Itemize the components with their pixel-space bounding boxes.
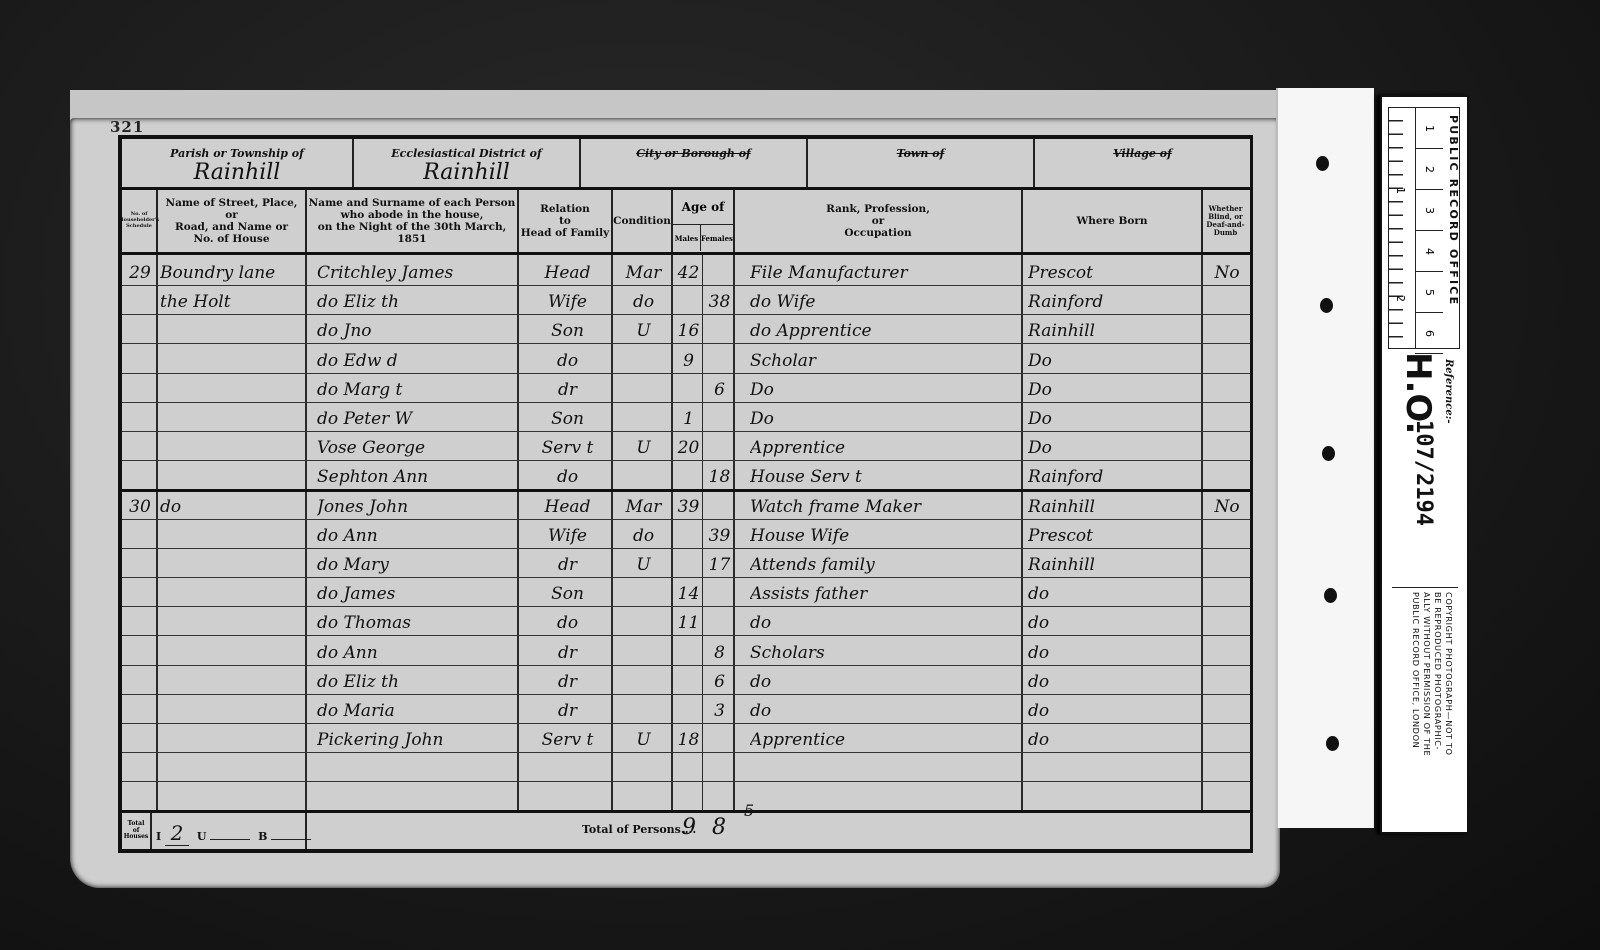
cell-occupation: do <box>750 664 1020 694</box>
cell-name: Vose George <box>317 430 517 460</box>
table-row: do MarydrU17Attends familyRainhill <box>122 547 1250 578</box>
cell-schedule <box>124 401 156 431</box>
ruler-cm-label: 5 <box>1423 289 1436 296</box>
cell-blind <box>1206 430 1248 460</box>
cell-condition <box>616 372 671 402</box>
cell-schedule <box>124 635 156 665</box>
cell-female <box>706 255 733 285</box>
cell-male: 39 <box>675 489 702 519</box>
column-headers: No. of Householder's Schedule Name of St… <box>122 190 1250 255</box>
cell-condition <box>616 781 671 811</box>
building-label: B <box>258 830 267 843</box>
location-header: Parish or Township of Rainhill Ecclesias… <box>122 139 1250 190</box>
cell-street <box>160 576 305 606</box>
table-row: do Mariadr3dodo <box>122 693 1250 724</box>
cell-occupation: File Manufacturer <box>750 255 1020 285</box>
city-label: City or Borough of <box>581 147 806 160</box>
cell-occupation: do Wife <box>750 284 1020 314</box>
cell-relation: do <box>524 605 611 635</box>
cell-blind <box>1206 313 1248 343</box>
cell-occupation: Scholar <box>750 343 1020 373</box>
cell-occupation: Do <box>750 372 1020 402</box>
census-rows: 29Boundry laneCritchley JamesHeadMar42Fi… <box>122 255 1250 810</box>
cell-name: do Ann <box>317 635 517 665</box>
inhabited-value: 2 <box>165 821 189 846</box>
cell-female <box>706 343 733 373</box>
cell-male <box>675 284 702 314</box>
cell-female <box>706 605 733 635</box>
table-row: do Marg tdr6DoDo <box>122 372 1250 403</box>
punch-hole-icon <box>1324 588 1337 603</box>
cell-born: do <box>1028 664 1200 694</box>
punch-hole-icon <box>1316 156 1329 171</box>
cell-born: do <box>1028 693 1200 723</box>
cell-born: Prescot <box>1028 255 1200 285</box>
total-persons-label: Total of Persons.... <box>582 823 696 836</box>
cell-blind <box>1206 605 1248 635</box>
cell-schedule <box>124 313 156 343</box>
cell-schedule <box>124 430 156 460</box>
eccl-value: Rainhill <box>354 160 579 185</box>
reference-card: 123456 1 2 PUBLIC RECORD OFFICE Referenc… <box>1380 95 1469 834</box>
parish-value: Rainhill <box>122 160 352 185</box>
cell-condition <box>616 401 671 431</box>
copyright-notice: COPYRIGHT PHOTOGRAPH—NOT TO BE REPRODUCE… <box>1392 587 1458 823</box>
table-row: Sephton Anndo18House Serv tRainford <box>122 459 1250 492</box>
page-binding-margin <box>1276 88 1374 828</box>
cell-relation: dr <box>524 372 611 402</box>
village-cell: Village of <box>1035 139 1250 187</box>
punch-hole-icon <box>1326 736 1339 751</box>
cell-born: Do <box>1028 372 1200 402</box>
cell-condition <box>616 664 671 694</box>
cell-born: Do <box>1028 430 1200 460</box>
reference-label: Reference:- <box>1443 359 1454 424</box>
col-males: Males <box>673 225 700 251</box>
cell-street <box>160 722 305 752</box>
cell-born: do <box>1028 605 1200 635</box>
cell-condition <box>616 576 671 606</box>
cell-male <box>675 751 702 781</box>
cell-relation: Head <box>524 489 611 519</box>
cell-born: Rainhill <box>1028 313 1200 343</box>
cell-blind: No <box>1206 489 1248 519</box>
piece-number: 107/2194 <box>1411 420 1436 526</box>
cell-condition: U <box>616 547 671 577</box>
cell-name <box>317 751 517 781</box>
town-cell: Town of <box>808 139 1035 187</box>
cell-schedule <box>124 693 156 723</box>
cell-schedule <box>124 284 156 314</box>
cell-female: 3 <box>706 693 733 723</box>
cell-male: 11 <box>675 605 702 635</box>
cell-occupation: Attends family <box>750 547 1020 577</box>
inhabited-label: I <box>156 830 161 843</box>
cell-street <box>160 343 305 373</box>
cell-blind <box>1206 693 1248 723</box>
cell-name: Critchley James <box>317 255 517 285</box>
cell-name: do Eliz th <box>317 284 517 314</box>
cell-street <box>160 781 305 811</box>
cell-schedule <box>124 664 156 694</box>
cell-blind <box>1206 781 1248 811</box>
cell-relation: Wife <box>524 284 611 314</box>
cell-street: Boundry lane <box>160 255 305 285</box>
cell-female <box>706 489 733 519</box>
cell-male <box>675 518 702 548</box>
cell-occupation <box>750 751 1020 781</box>
cell-condition <box>616 751 671 781</box>
cell-condition <box>616 605 671 635</box>
cell-relation: Son <box>524 313 611 343</box>
cell-relation: dr <box>524 635 611 665</box>
cell-relation: Son <box>524 576 611 606</box>
cell-relation: Wife <box>524 518 611 548</box>
cell-relation <box>524 751 611 781</box>
cell-female: 8 <box>706 635 733 665</box>
cell-relation: do <box>524 343 611 373</box>
cell-male <box>675 664 702 694</box>
cell-male <box>675 693 702 723</box>
cell-street <box>160 430 305 460</box>
cell-name: do Jno <box>317 313 517 343</box>
col-age: Age of Males Females <box>673 190 735 252</box>
houses-label: Total of Houses <box>122 813 152 849</box>
cell-schedule <box>124 751 156 781</box>
cell-male: 14 <box>675 576 702 606</box>
cell-name: do Eliz th <box>317 664 517 694</box>
cell-schedule <box>124 722 156 752</box>
cell-schedule <box>124 576 156 606</box>
cell-schedule <box>124 518 156 548</box>
cell-female <box>706 430 733 460</box>
cell-born: do <box>1028 576 1200 606</box>
cell-male: 9 <box>675 343 702 373</box>
village-label: Village of <box>1035 147 1250 160</box>
cell-occupation: House Wife <box>750 518 1020 548</box>
cell-female <box>706 401 733 431</box>
cell-occupation: Scholars <box>750 635 1020 665</box>
cell-born: Rainford <box>1028 284 1200 314</box>
cell-blind <box>1206 576 1248 606</box>
eccl-label: Ecclesiastical District of <box>354 147 579 160</box>
cell-blind <box>1206 722 1248 752</box>
punch-hole-icon <box>1322 446 1335 461</box>
office-name: PUBLIC RECORD OFFICE <box>1447 115 1460 306</box>
cell-occupation: do Apprentice <box>750 313 1020 343</box>
cell-occupation: Do <box>750 401 1020 431</box>
cell-street <box>160 635 305 665</box>
cell-name: Pickering John <box>317 722 517 752</box>
ruler-cm-label: 2 <box>1423 166 1436 173</box>
cell-schedule <box>124 547 156 577</box>
cell-born: Do <box>1028 401 1200 431</box>
cell-schedule: 29 <box>124 255 156 285</box>
cell-blind <box>1206 547 1248 577</box>
cell-male <box>675 547 702 577</box>
cell-condition: Mar <box>616 255 671 285</box>
cell-street <box>160 547 305 577</box>
cell-condition: U <box>616 430 671 460</box>
cell-male: 20 <box>675 430 702 460</box>
cell-occupation: Watch frame Maker <box>750 489 1020 519</box>
page-tally: 5 <box>744 801 754 820</box>
cell-blind <box>1206 664 1248 694</box>
cell-female <box>706 313 733 343</box>
col-name: Name and Surname of each Person who abod… <box>307 190 519 252</box>
table-row: Vose GeorgeServ tU20ApprenticeDo <box>122 430 1250 461</box>
cell-born <box>1028 751 1200 781</box>
uninhabited-label: U <box>197 830 207 843</box>
cell-relation: Serv t <box>524 430 611 460</box>
folio-number: 321 <box>110 118 144 136</box>
cell-relation: Head <box>524 255 611 285</box>
cell-male: 18 <box>675 722 702 752</box>
table-row: Pickering JohnServ tU18Apprenticedo <box>122 722 1250 753</box>
cell-street <box>160 401 305 431</box>
cell-occupation: Assists father <box>750 576 1020 606</box>
cell-condition: U <box>616 722 671 752</box>
cell-female: 6 <box>706 372 733 402</box>
cell-schedule <box>124 781 156 811</box>
cell-name: do Edw d <box>317 343 517 373</box>
cell-street <box>160 372 305 402</box>
cell-condition: U <box>616 313 671 343</box>
cell-blind <box>1206 401 1248 431</box>
cell-female <box>706 751 733 781</box>
table-row: do Edw ddo9ScholarDo <box>122 343 1250 374</box>
table-row: do AnnWifedo39House WifePrescot <box>122 518 1250 549</box>
table-row: do Eliz thdr6dodo <box>122 664 1250 695</box>
cell-condition: do <box>616 284 671 314</box>
cell-name: do Ann <box>317 518 517 548</box>
cell-occupation: do <box>750 605 1020 635</box>
ruler-cm-label: 6 <box>1423 330 1436 337</box>
cell-born <box>1028 781 1200 811</box>
cell-born: Do <box>1028 343 1200 373</box>
cell-street <box>160 693 305 723</box>
cell-born: Prescot <box>1028 518 1200 548</box>
cell-street <box>160 605 305 635</box>
cell-occupation: do <box>750 693 1020 723</box>
cell-blind: No <box>1206 255 1248 285</box>
table-row <box>122 751 1250 782</box>
cell-condition <box>616 459 671 489</box>
census-form: Parish or Township of Rainhill Ecclesias… <box>118 135 1253 853</box>
cell-male: 16 <box>675 313 702 343</box>
cell-born: do <box>1028 635 1200 665</box>
city-cell: City or Borough of <box>581 139 808 187</box>
cell-relation: Serv t <box>524 722 611 752</box>
cell-female: 17 <box>706 547 733 577</box>
cell-female: 6 <box>706 664 733 694</box>
cell-name <box>317 781 517 811</box>
ruler-cm-label: 4 <box>1423 248 1436 255</box>
cell-blind <box>1206 635 1248 665</box>
houses-tally: I 2 U B <box>156 821 315 846</box>
ruler-inch-2: 2 <box>1394 295 1407 302</box>
col-females: Females <box>700 225 733 251</box>
cell-occupation <box>750 781 1020 811</box>
table-row: do Thomasdo11dodo <box>122 605 1250 636</box>
cell-female <box>706 576 733 606</box>
town-label: Town of <box>808 147 1033 160</box>
cell-name: do Maria <box>317 693 517 723</box>
table-row: do Peter WSon1DoDo <box>122 401 1250 432</box>
cell-female <box>706 722 733 752</box>
total-males: 9 <box>682 815 696 840</box>
cell-occupation: House Serv t <box>750 459 1020 489</box>
cell-blind <box>1206 518 1248 548</box>
cell-male <box>675 372 702 402</box>
cell-street <box>160 751 305 781</box>
cell-relation: do <box>524 459 611 489</box>
cell-blind <box>1206 343 1248 373</box>
cell-born: Rainhill <box>1028 547 1200 577</box>
punch-hole-icon <box>1320 298 1333 313</box>
cell-born: Rainhill <box>1028 489 1200 519</box>
col-relation: Relation to Head of Family <box>519 190 613 252</box>
cell-male <box>675 459 702 489</box>
age-label: Age of <box>673 190 733 225</box>
eccl-cell: Ecclesiastical District of Rainhill <box>354 139 581 187</box>
cell-name: Sephton Ann <box>317 459 517 489</box>
cell-male <box>675 635 702 665</box>
cell-schedule <box>124 605 156 635</box>
cell-name: do Thomas <box>317 605 517 635</box>
cell-street: the Holt <box>160 284 305 314</box>
cell-schedule <box>124 343 156 373</box>
col-schedule: No. of Householder's Schedule <box>122 190 158 252</box>
cell-name: Jones John <box>317 489 517 519</box>
cell-blind <box>1206 284 1248 314</box>
cell-born: Rainford <box>1028 459 1200 489</box>
ruler-cm-label: 3 <box>1423 207 1436 214</box>
col-occupation: Rank, Profession, or Occupation <box>735 190 1023 252</box>
ruler-cm-label: 1 <box>1423 125 1436 132</box>
cell-street <box>160 664 305 694</box>
copyright-text: COPYRIGHT PHOTOGRAPH—NOT TO BE REPRODUCE… <box>1410 592 1454 756</box>
cell-condition: do <box>616 518 671 548</box>
parish-cell: Parish or Township of Rainhill <box>122 139 354 187</box>
cell-schedule: 30 <box>124 489 156 519</box>
col-street: Name of Street, Place, or Road, and Name… <box>158 190 307 252</box>
table-row: do JnoSonU16do ApprenticeRainhill <box>122 313 1250 344</box>
cell-blind <box>1206 459 1248 489</box>
cell-occupation: Apprentice <box>750 430 1020 460</box>
cell-female: 39 <box>706 518 733 548</box>
table-row: do Anndr8Scholarsdo <box>122 635 1250 666</box>
total-females: 8 <box>712 815 726 840</box>
cell-name: do Marg t <box>317 372 517 402</box>
cell-condition: Mar <box>616 489 671 519</box>
form-footer: Total of Houses I 2 U B Total of Persons… <box>122 810 1250 849</box>
cell-blind <box>1206 751 1248 781</box>
cell-blind <box>1206 372 1248 402</box>
cell-female: 38 <box>706 284 733 314</box>
cell-relation: dr <box>524 664 611 694</box>
table-row: the Holtdo Eliz thWifedo38do WifeRainfor… <box>122 284 1250 315</box>
cell-condition <box>616 343 671 373</box>
cell-relation: Son <box>524 401 611 431</box>
parish-label: Parish or Township of <box>122 147 352 160</box>
cell-relation <box>524 781 611 811</box>
cell-schedule <box>124 372 156 402</box>
ruler-inch-1: 1 <box>1394 187 1407 194</box>
cell-relation: dr <box>524 547 611 577</box>
cell-name: do Peter W <box>317 401 517 431</box>
table-row: do JamesSon14Assists fatherdo <box>122 576 1250 607</box>
col-blind: Whether Blind, or Deaf-and- Dumb <box>1203 190 1248 252</box>
cell-schedule <box>124 459 156 489</box>
cell-street: do <box>160 489 305 519</box>
cell-male: 1 <box>675 401 702 431</box>
cell-street <box>160 313 305 343</box>
cell-male: 42 <box>675 255 702 285</box>
col-condition: Condition <box>613 190 673 252</box>
cell-female <box>706 781 733 811</box>
cell-female: 18 <box>706 459 733 489</box>
col-born: Where Born <box>1023 190 1203 252</box>
cell-condition <box>616 693 671 723</box>
table-row: 29Boundry laneCritchley JamesHeadMar42Fi… <box>122 255 1250 286</box>
cell-male <box>675 781 702 811</box>
cell-condition <box>616 635 671 665</box>
cell-street <box>160 459 305 489</box>
cell-born: do <box>1028 722 1200 752</box>
cell-relation: dr <box>524 693 611 723</box>
cell-street <box>160 518 305 548</box>
cell-name: do James <box>317 576 517 606</box>
table-row <box>122 781 1250 812</box>
table-row: 30doJones JohnHeadMar39Watch frame Maker… <box>122 489 1250 520</box>
cell-occupation: Apprentice <box>750 722 1020 752</box>
cell-name: do Mary <box>317 547 517 577</box>
